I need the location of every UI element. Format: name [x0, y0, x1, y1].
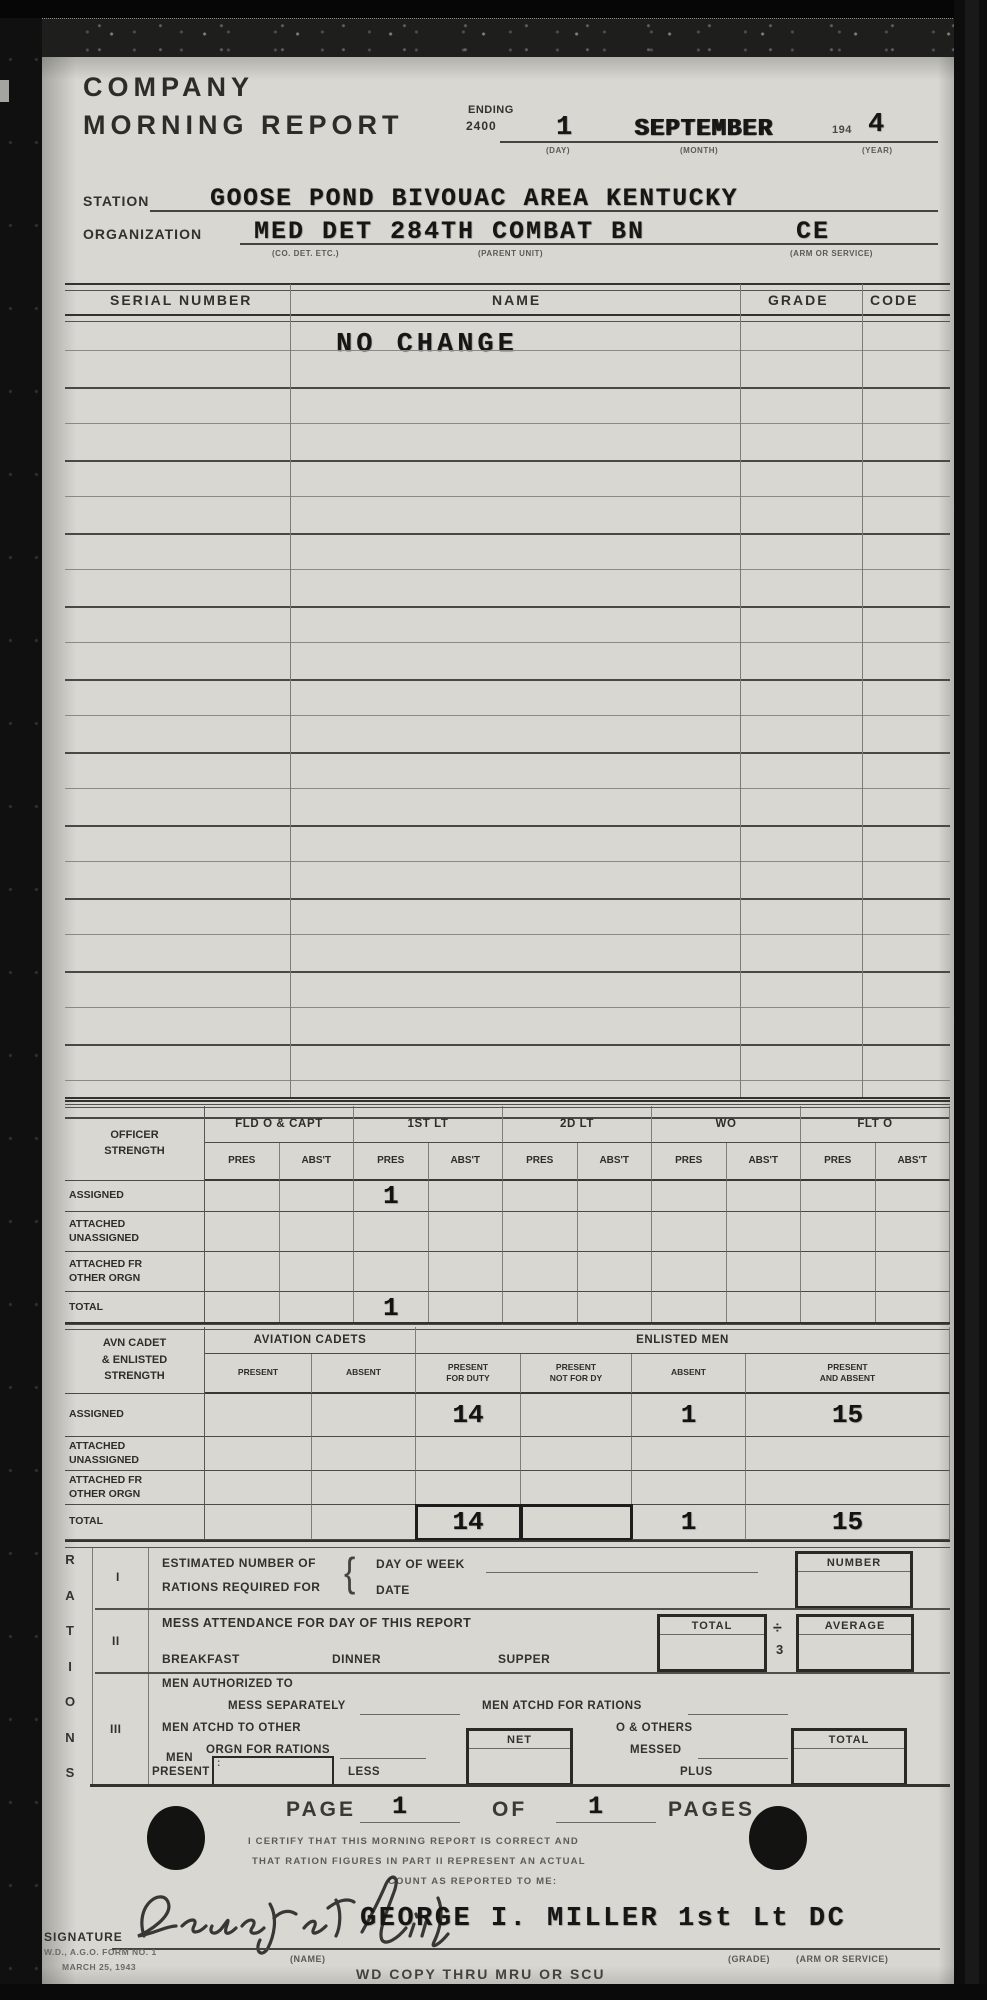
month-caption: (MONTH)	[680, 146, 718, 155]
parent-unit-caption: (PARENT UNIT)	[478, 249, 543, 258]
officer-value-cell	[280, 1252, 355, 1292]
rations2-divisor: 3	[776, 1642, 784, 1657]
rations3-mess-separately: MESS SEPARATELY	[228, 1700, 346, 1712]
officer-value-cell	[429, 1252, 504, 1292]
pages-underline	[556, 1822, 656, 1823]
officer-value-cell	[727, 1181, 802, 1212]
typed-signer-name: GEORGE I. MILLER 1st Lt DC	[360, 1904, 846, 1934]
officer-value-cell	[354, 1212, 429, 1252]
rations1-number-box: NUMBER	[795, 1551, 913, 1609]
officer-value-cell	[801, 1212, 876, 1252]
officer-value-cell	[876, 1181, 951, 1212]
microfilm-scan: COMPANY MORNING REPORT ENDING 2400 1 SEP…	[0, 0, 987, 2000]
avn-value-cell	[746, 1437, 950, 1471]
rations-numeral-divider	[148, 1548, 149, 1786]
officer-value-cell: 1	[354, 1292, 429, 1325]
roster-divider-grade-code	[862, 284, 863, 1097]
roster-blank-row	[65, 608, 950, 681]
rations2-meal-dinner: DINNER	[332, 1652, 381, 1666]
rations3-messed-line	[698, 1758, 788, 1759]
roster-divider-name-grade	[740, 284, 741, 1097]
page-underline	[360, 1822, 460, 1823]
avn-value-cell	[205, 1505, 312, 1540]
avn-value-cell	[205, 1471, 312, 1505]
rations1-brace: {	[344, 1550, 356, 1597]
film-edge-right-seam	[965, 0, 979, 2000]
roster-divider-serial-name	[290, 284, 291, 1097]
avn-value-cell	[632, 1437, 746, 1471]
rations-numeral-3: III	[110, 1722, 122, 1736]
signature-underline	[112, 1948, 940, 1950]
rations-rail: RATIONS	[62, 1552, 78, 1780]
ending-label: ENDING	[468, 104, 514, 116]
rations3-men-label: MEN	[166, 1752, 193, 1764]
roster-header-code: CODE	[870, 292, 918, 308]
of-label: OF	[492, 1798, 527, 1822]
rations3-present-label: PRESENT	[152, 1766, 210, 1778]
rations3-others2: MESSED	[630, 1744, 682, 1756]
arm-service-caption: (ARM OR SERVICE)	[790, 249, 873, 258]
avn-value-cell	[205, 1437, 312, 1471]
avn-value-cell	[521, 1505, 632, 1540]
avn-value-cell: 1	[632, 1394, 746, 1437]
avn-value-cell	[521, 1437, 632, 1471]
page-value: 1	[392, 1792, 407, 1821]
rations3-men-present-box: :	[212, 1756, 334, 1786]
rations2-heading: MESS ATTENDANCE FOR DAY OF THIS REPORT	[162, 1616, 471, 1630]
officer-value-cell	[727, 1252, 802, 1292]
year-caption: (YEAR)	[862, 146, 893, 155]
rations-rail-letter: A	[62, 1588, 78, 1603]
officer-table-top-rule	[65, 1100, 950, 1108]
officer-value-cell	[429, 1181, 504, 1212]
roster-blank-row	[65, 462, 950, 535]
roster-header-serial: SERIAL NUMBER	[110, 292, 252, 308]
form-title-line1: COMPANY	[83, 72, 254, 103]
station-value: GOOSE POND BIVOUAC AREA KENTUCKY	[210, 184, 738, 213]
film-edge-left	[0, 18, 42, 2000]
officer-column-header: PRES	[354, 1143, 429, 1181]
date-month-value: SEPTEMBER	[634, 116, 773, 143]
rations3-orgn-line	[340, 1758, 426, 1759]
avn-value-cell	[312, 1394, 416, 1437]
officer-value-cell	[503, 1252, 578, 1292]
rations3-total-box: TOTAL	[791, 1728, 907, 1786]
rations3-atchd-for-rations: MEN ATCHD FOR RATIONS	[482, 1700, 642, 1712]
officer-value-cell	[578, 1181, 653, 1212]
avn-group-header: AVIATION CADETS	[205, 1327, 416, 1354]
officer-value-cell	[801, 1292, 876, 1325]
avn-column-header: PRESENT FOR DUTY	[416, 1354, 521, 1394]
officer-column-header: ABS'T	[876, 1143, 951, 1181]
officer-value-cell	[280, 1292, 355, 1325]
rations-divider-1-2	[95, 1608, 950, 1610]
avn-row-label: TOTAL	[65, 1505, 205, 1540]
officer-value-cell	[280, 1181, 355, 1212]
officer-value-cell	[205, 1181, 280, 1212]
rations3-line4: ORGN FOR RATIONS	[206, 1744, 330, 1756]
avn-value-cell: 14	[416, 1505, 521, 1540]
roster-blank-rows	[65, 316, 950, 1119]
roster-blank-row	[65, 973, 950, 1046]
arm-service-value: CE	[796, 217, 830, 246]
officer-group-header: FLT O	[801, 1106, 950, 1143]
officer-value-cell	[503, 1181, 578, 1212]
rations-numeral-1: I	[116, 1570, 120, 1584]
avn-table-bottom-rule	[65, 1540, 950, 1548]
avn-value-cell	[416, 1471, 521, 1505]
name-caption: (NAME)	[290, 1954, 326, 1964]
officer-column-header: ABS'T	[578, 1143, 653, 1181]
avn-value-cell: 15	[746, 1505, 950, 1540]
rations-rail-letter: O	[62, 1694, 78, 1709]
roster-blank-row	[65, 827, 950, 900]
officer-title: OFFICER STRENGTH	[65, 1106, 205, 1181]
rations-rail-letter: N	[62, 1730, 78, 1745]
rations1-date-label: DATE	[376, 1583, 410, 1597]
rations-bottom-rule	[90, 1784, 950, 1787]
form-number: W.D., A.G.O. FORM NO. 1	[44, 1947, 157, 1957]
roster-header-name: NAME	[492, 292, 541, 308]
officer-value-cell	[205, 1292, 280, 1325]
film-edge-top	[0, 18, 987, 57]
avn-value-cell	[632, 1471, 746, 1505]
certify-line2: THAT RATION FIGURES IN PART II REPRESENT…	[252, 1856, 586, 1867]
signature-label: SIGNATURE	[44, 1930, 123, 1944]
avn-row-label: ATTACHED UNASSIGNED	[65, 1437, 205, 1471]
rations3-total-box-label: TOTAL	[794, 1731, 904, 1749]
avn-enlisted-table: AVN CADET & ENLISTED STRENGTHAVIATION CA…	[65, 1327, 950, 1540]
rations3-line1: MEN AUTHORIZED TO	[162, 1678, 293, 1690]
avn-value-cell	[416, 1437, 521, 1471]
officer-column-header: PRES	[503, 1143, 578, 1181]
officer-column-header: ABS'T	[727, 1143, 802, 1181]
officer-row-label: ATTACHED UNASSIGNED	[65, 1212, 205, 1252]
avn-column-header: ABSENT	[632, 1354, 746, 1394]
rations1-day-of-week-label: DAY OF WEEK	[376, 1557, 465, 1571]
officer-value-cell	[652, 1181, 727, 1212]
rations1-line2: RATIONS REQUIRED FOR	[162, 1580, 320, 1594]
avn-title: AVN CADET & ENLISTED STRENGTH	[65, 1327, 205, 1394]
rations3-net-box: NET	[466, 1728, 573, 1786]
roster-blank-row	[65, 900, 950, 973]
officer-value-cell	[280, 1212, 355, 1252]
officer-value-cell	[801, 1252, 876, 1292]
rations1-number-box-label: NUMBER	[798, 1554, 910, 1572]
rations-rail-divider	[92, 1548, 93, 1786]
grade-caption: (GRADE)	[728, 1954, 770, 1964]
officer-value-cell	[578, 1212, 653, 1252]
pages-label: PAGES	[668, 1798, 755, 1822]
rations3-line3: MEN ATCHD TO OTHER	[162, 1722, 301, 1734]
form-date: MARCH 25, 1943	[62, 1962, 136, 1972]
rations3-mess-separately-line	[360, 1714, 460, 1715]
roster-blank-row	[65, 754, 950, 827]
rations-rail-letter: T	[62, 1623, 78, 1638]
officer-value-cell	[205, 1212, 280, 1252]
rations2-average-box: AVERAGE	[796, 1614, 914, 1672]
officer-value-cell	[578, 1292, 653, 1325]
avn-value-cell: 1	[632, 1505, 746, 1540]
avn-value-cell	[312, 1471, 416, 1505]
rations2-average-box-label: AVERAGE	[799, 1617, 911, 1635]
total-pages-value: 1	[588, 1792, 603, 1821]
officer-column-header: PRES	[652, 1143, 727, 1181]
ending-value: 2400	[466, 119, 497, 133]
avn-value-cell	[312, 1505, 416, 1540]
punch-hole-left	[147, 1806, 205, 1870]
form-title-line2: MORNING REPORT	[83, 110, 404, 141]
officer-row-label: ATTACHED FR OTHER ORGN	[65, 1252, 205, 1292]
avn-column-header: PRESENT AND ABSENT	[746, 1354, 950, 1394]
officer-group-header: 2D LT	[503, 1106, 652, 1143]
avn-row-label: ATTACHED FR OTHER ORGN	[65, 1471, 205, 1505]
rations2-total-box-label: TOTAL	[660, 1617, 764, 1635]
officer-value-cell	[652, 1212, 727, 1252]
station-underline	[150, 210, 938, 212]
officer-value-cell	[801, 1181, 876, 1212]
officer-row-label: ASSIGNED	[65, 1181, 205, 1212]
officer-value-cell: 1	[354, 1181, 429, 1212]
officer-value-cell	[503, 1292, 578, 1325]
avn-column-header: PRESENT	[205, 1354, 312, 1394]
avn-value-cell	[312, 1437, 416, 1471]
officer-column-header: PRES	[801, 1143, 876, 1181]
avn-value-cell	[521, 1394, 632, 1437]
arm-service-footer-caption: (ARM OR SERVICE)	[796, 1954, 888, 1964]
day-caption: (DAY)	[546, 146, 570, 155]
officer-column-header: ABS'T	[429, 1143, 504, 1181]
officer-value-cell	[205, 1252, 280, 1292]
page-label: PAGE	[286, 1798, 356, 1822]
rations-numeral-2: II	[112, 1634, 120, 1648]
avn-row-label: ASSIGNED	[65, 1394, 205, 1437]
punch-hole-right	[749, 1806, 807, 1870]
officer-column-header: PRES	[205, 1143, 280, 1181]
officer-value-cell	[429, 1212, 504, 1252]
officer-value-cell	[876, 1252, 951, 1292]
rations3-men-present-dots: :	[217, 1758, 221, 1769]
officer-row-label: TOTAL	[65, 1292, 205, 1325]
officer-value-cell	[578, 1252, 653, 1292]
officer-column-header: ABS'T	[280, 1143, 355, 1181]
rations-rail-letter: S	[62, 1765, 78, 1780]
distribution-line: WD COPY THRU MRU OR SCU	[356, 1966, 606, 1982]
officer-value-cell	[652, 1292, 727, 1325]
date-year-value: 4	[868, 110, 884, 140]
rations-divider-2-3	[95, 1672, 950, 1674]
roster-header-grade: GRADE	[768, 292, 829, 308]
rations2-meal-breakfast: BREAKFAST	[162, 1652, 240, 1666]
date-year-prefix: 194	[832, 124, 852, 136]
rations-rail-letter: I	[62, 1659, 78, 1674]
avn-value-cell: 15	[746, 1394, 950, 1437]
roster-blank-row	[65, 535, 950, 608]
avn-value-cell	[521, 1471, 632, 1505]
avn-value-cell: 14	[416, 1394, 521, 1437]
rations3-plus-label: PLUS	[680, 1766, 713, 1778]
roster-blank-row	[65, 681, 950, 754]
organization-label: ORGANIZATION	[83, 226, 202, 242]
rations2-meal-supper: SUPPER	[498, 1652, 550, 1666]
officer-value-cell	[503, 1212, 578, 1252]
roster-blank-row	[65, 316, 950, 389]
rations3-atchd-for-rations-line	[688, 1714, 788, 1715]
avn-value-cell	[746, 1471, 950, 1505]
rations3-less-label: LESS	[348, 1766, 380, 1778]
avn-value-cell	[205, 1394, 312, 1437]
officer-value-cell	[876, 1292, 951, 1325]
organization-underline	[240, 243, 938, 245]
roster-top-rule	[65, 283, 950, 291]
officer-group-header: WO	[652, 1106, 801, 1143]
officer-group-header: FLD O & CAPT	[205, 1106, 354, 1143]
roster-blank-row	[65, 389, 950, 462]
date-day-value: 1	[556, 113, 572, 143]
rations-rail-letter: R	[62, 1552, 78, 1567]
officer-group-header: 1ST LT	[354, 1106, 503, 1143]
avn-group-header: ENLISTED MEN	[416, 1327, 950, 1354]
officer-strength-table: OFFICER STRENGTHFLD O & CAPT1ST LT2D LTW…	[65, 1106, 950, 1325]
film-edge-bottom	[0, 1984, 987, 2000]
rations3-net-box-label: NET	[469, 1731, 570, 1749]
film-notch	[0, 80, 9, 102]
avn-column-header: ABSENT	[312, 1354, 416, 1394]
officer-value-cell	[354, 1252, 429, 1292]
certify-line1: I CERTIFY THAT THIS MORNING REPORT IS CO…	[248, 1836, 579, 1847]
officer-value-cell	[652, 1252, 727, 1292]
officer-value-cell	[727, 1212, 802, 1252]
unit-caption: (CO. DET. ETC.)	[272, 249, 339, 258]
organization-value: MED DET 284TH COMBAT BN	[254, 217, 645, 246]
rations1-day-of-week-line	[486, 1572, 758, 1573]
officer-value-cell	[727, 1292, 802, 1325]
officer-value-cell	[876, 1212, 951, 1252]
rations3-others1: O & OTHERS	[616, 1722, 693, 1734]
rations2-total-box: TOTAL	[657, 1614, 767, 1672]
rations1-line1: ESTIMATED NUMBER OF	[162, 1556, 316, 1570]
rations2-divide-sign: ÷	[773, 1620, 782, 1638]
avn-column-header: PRESENT NOT FOR DY	[521, 1354, 632, 1394]
station-label: STATION	[83, 193, 149, 209]
officer-value-cell	[429, 1292, 504, 1325]
